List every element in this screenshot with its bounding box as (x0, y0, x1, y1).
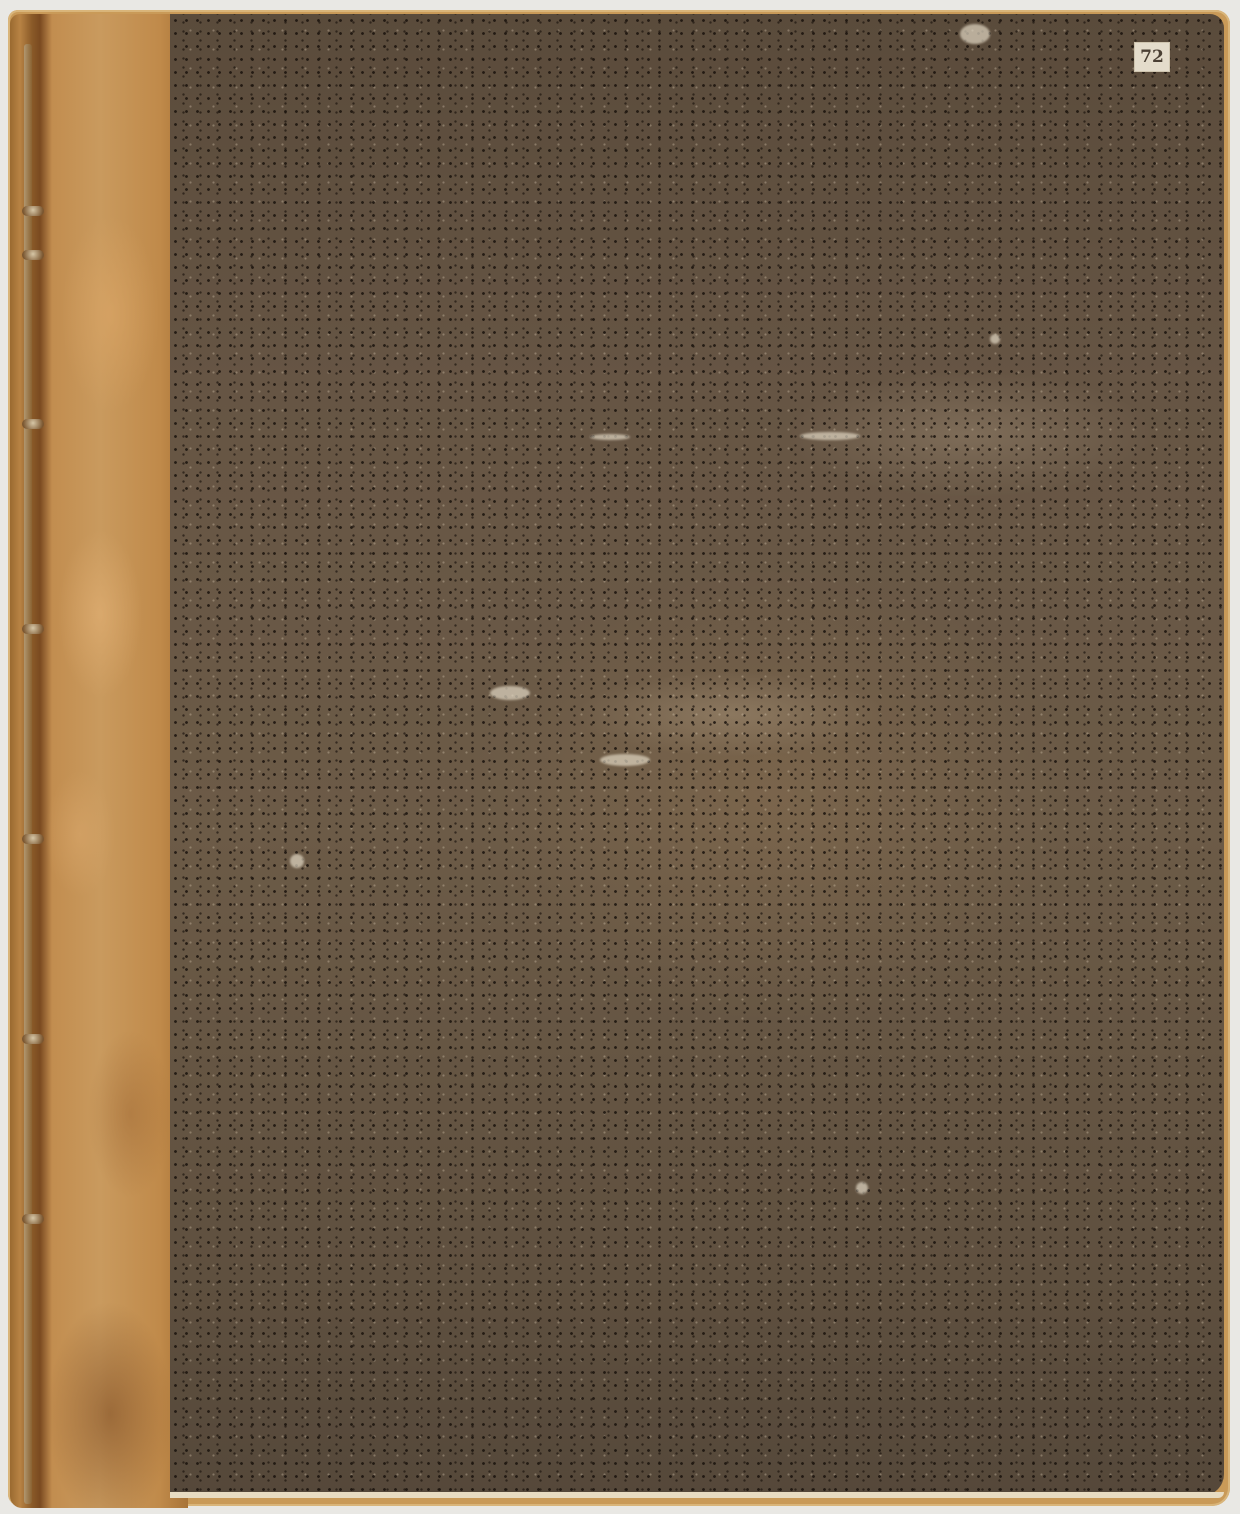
worn-spot (856, 1182, 868, 1194)
spine-band (22, 1214, 44, 1224)
worn-spot (800, 432, 860, 440)
spine-band (22, 834, 44, 844)
leather-spine (10, 14, 188, 1508)
board-bottom-edge (170, 1492, 1224, 1498)
worn-spot (990, 334, 1000, 344)
spine-band (22, 1034, 44, 1044)
worn-spot (960, 24, 990, 44)
speckle-texture (170, 14, 1224, 1496)
spine-band (22, 206, 44, 216)
spine-band (22, 624, 44, 634)
worn-spot (490, 686, 530, 700)
shelf-number-label: 72 (1134, 42, 1170, 72)
spine-edge (24, 44, 32, 1504)
worn-spot (600, 754, 650, 766)
worn-spot (590, 434, 630, 440)
spine-band (22, 419, 44, 429)
speckled-cover-board (170, 14, 1224, 1496)
spine-band (22, 250, 44, 260)
worn-spot (290, 854, 304, 868)
